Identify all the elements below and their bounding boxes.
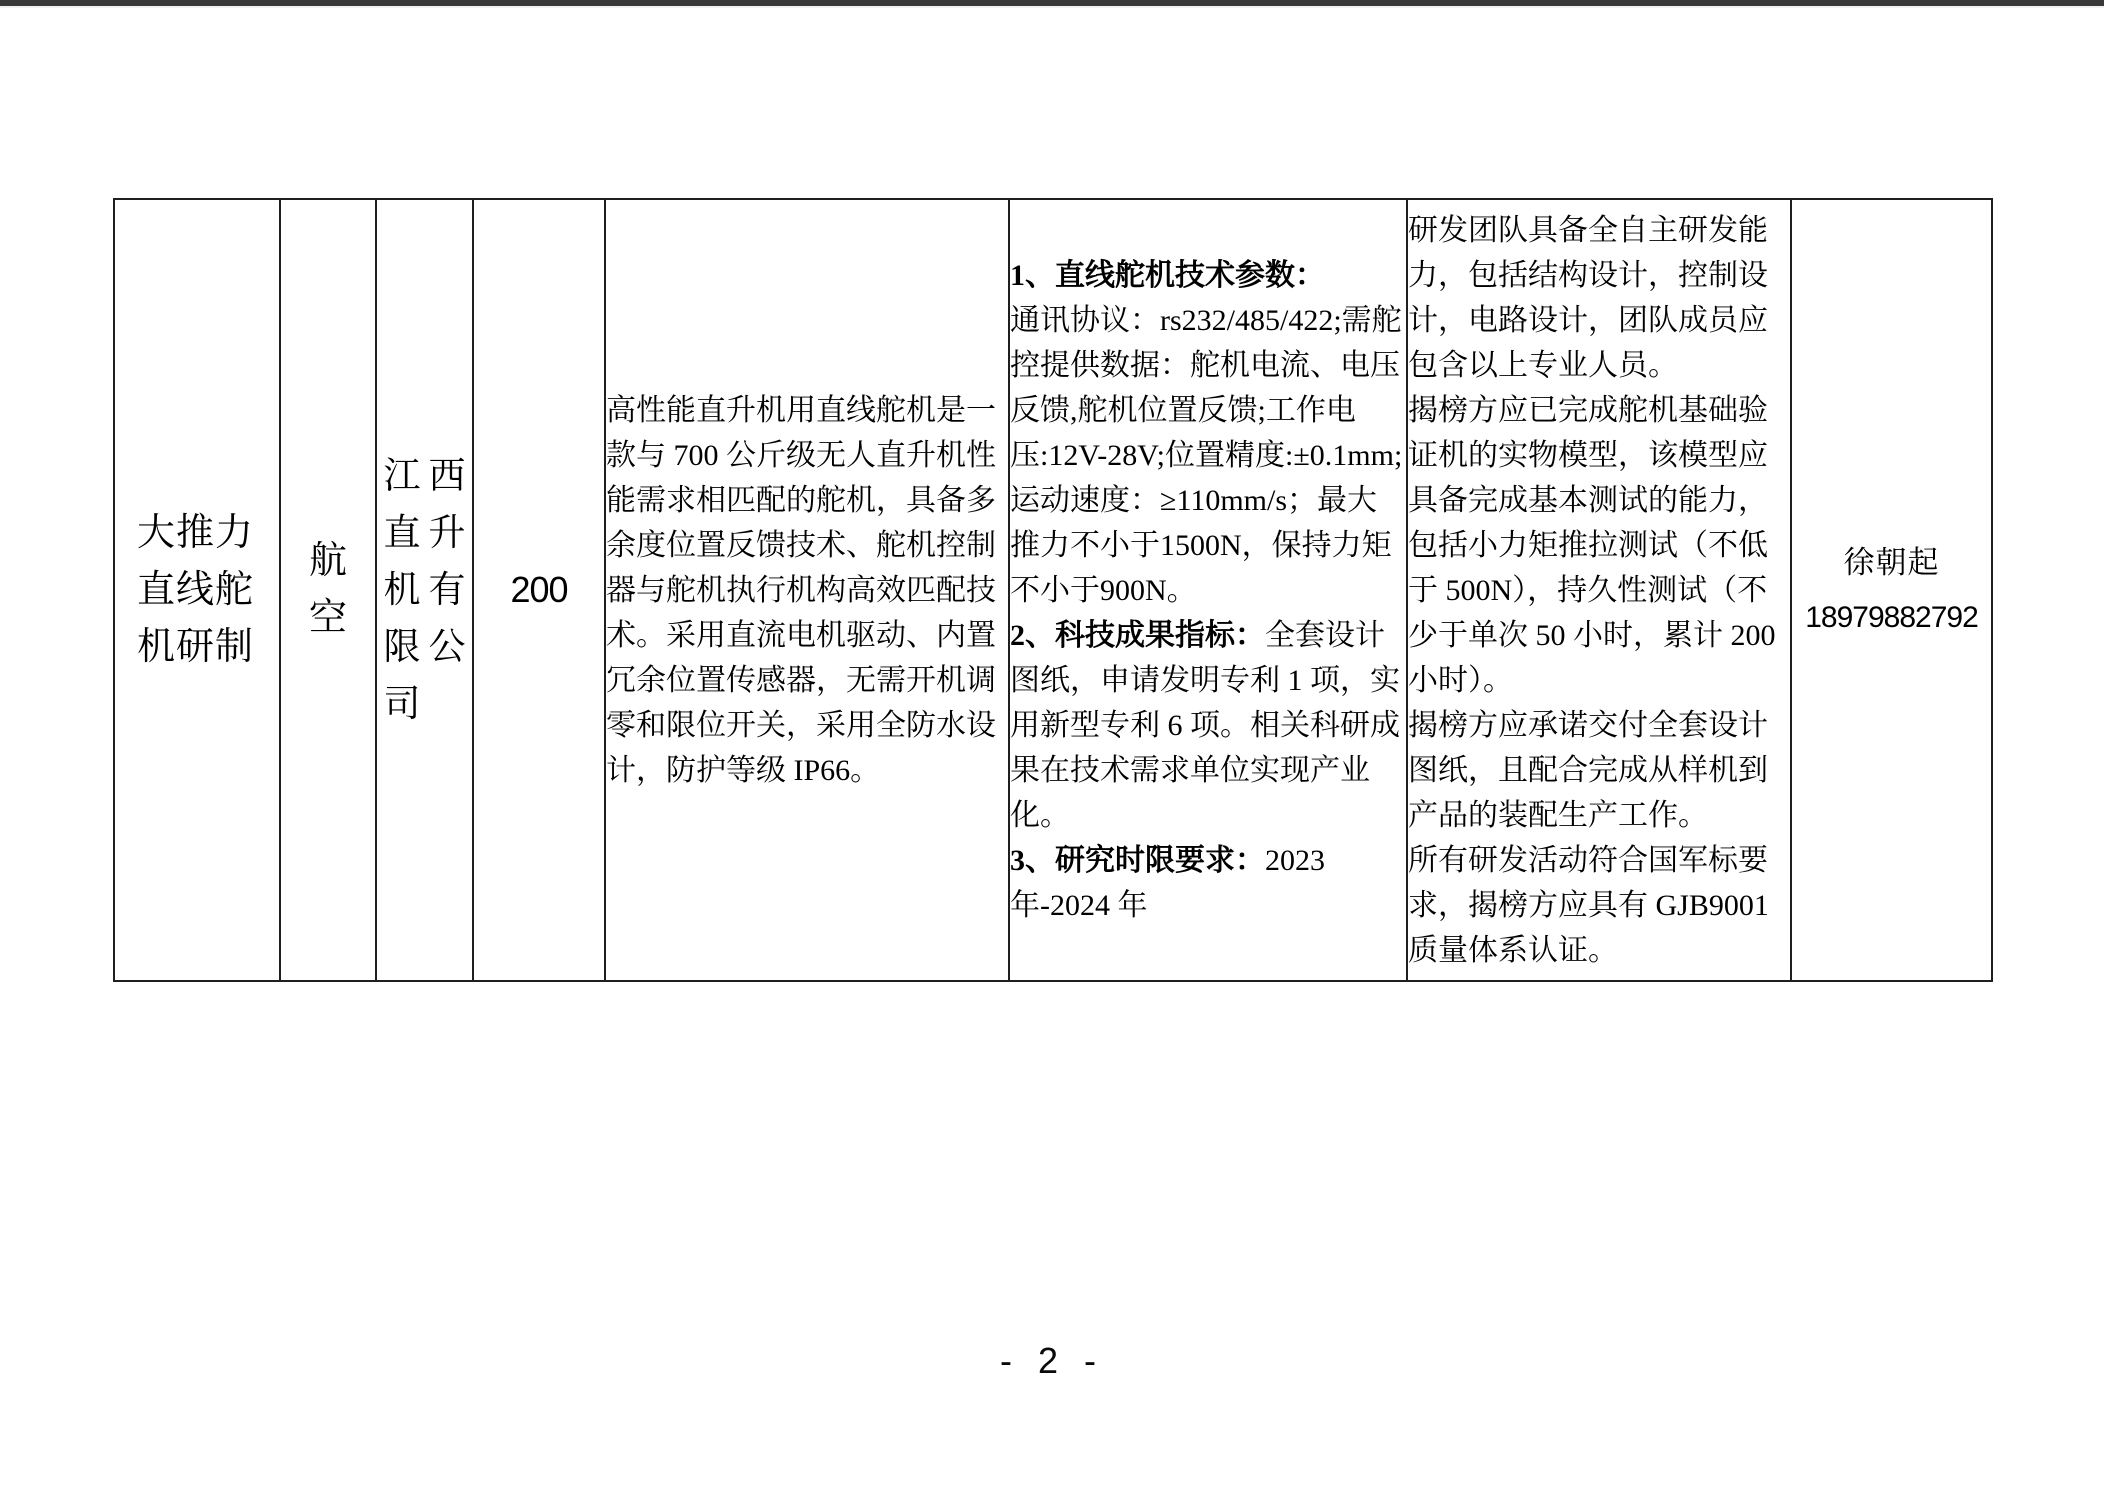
project-name-text: 大推力直线舵机研制 bbox=[137, 505, 257, 676]
cell-contact: 徐朝起 18979882792 bbox=[1791, 199, 1992, 981]
cell-indicators: 1、直线舵机技术参数： 通讯协议：rs232/485/422;需舵控提供数据：舵… bbox=[1009, 199, 1407, 981]
indicators-paragraph-2: 2、科技成果指标：全套设计图纸，申请发明专利 1 项，实用新型专利 6 项。相关… bbox=[1010, 613, 1406, 838]
indicators-paragraph-1: 通讯协议：rs232/485/422;需舵控提供数据：舵机电流、电压反馈,舵机位… bbox=[1010, 298, 1406, 613]
cell-description: 高性能直升机用直线舵机是一款与 700 公斤级无人直升机性能需求相匹配的舵机，具… bbox=[605, 199, 1009, 981]
window-top-edge bbox=[0, 0, 2104, 8]
description-text: 高性能直升机用直线舵机是一款与 700 公斤级无人直升机性能需求相匹配的舵机，具… bbox=[606, 388, 1008, 793]
cell-funding: 200 bbox=[473, 199, 605, 981]
cell-project-name: 大推力直线舵机研制 bbox=[114, 199, 280, 981]
contact-name: 徐朝起 bbox=[1792, 535, 1991, 590]
requirements-paragraph-4: 所有研发活动符合国军标要求，揭榜方应具有 GJB9001 质量体系认证。 bbox=[1408, 838, 1790, 973]
requirements-paragraph-3: 揭榜方应承诺交付全套设计图纸，且配合完成从样机到产品的装配生产工作。 bbox=[1408, 703, 1790, 838]
contact-phone: 18979882792 bbox=[1792, 590, 1991, 645]
page-number: - 2 - bbox=[0, 1340, 2104, 1382]
project-table: 大推力直线舵机研制 航空 江西直升机有限公司 200 高性能直升机用直线舵机是一… bbox=[113, 198, 1993, 982]
requirements-paragraph-2: 揭榜方应已完成舵机基础验证机的实物模型，该模型应具备完成基本测试的能力，包括小力… bbox=[1408, 388, 1790, 703]
cell-requirements: 研发团队具备全自主研发能力，包括结构设计，控制设计，电路设计，团队成员应包含以上… bbox=[1407, 199, 1791, 981]
indicators-paragraph-3: 3、研究时限要求：2023 年-2024 年 bbox=[1010, 838, 1406, 928]
requirements-paragraph-1: 研发团队具备全自主研发能力，包括结构设计，控制设计，电路设计，团队成员应包含以上… bbox=[1408, 208, 1790, 388]
cell-company: 江西直升机有限公司 bbox=[376, 199, 473, 981]
funding-amount: 200 bbox=[510, 569, 567, 610]
cell-field: 航空 bbox=[280, 199, 376, 981]
company-text: 江西直升机有限公司 bbox=[384, 448, 466, 733]
field-text: 航空 bbox=[307, 533, 349, 647]
indicators-heading-1: 1、直线舵机技术参数： bbox=[1010, 253, 1406, 298]
table-row: 大推力直线舵机研制 航空 江西直升机有限公司 200 高性能直升机用直线舵机是一… bbox=[114, 199, 1992, 981]
